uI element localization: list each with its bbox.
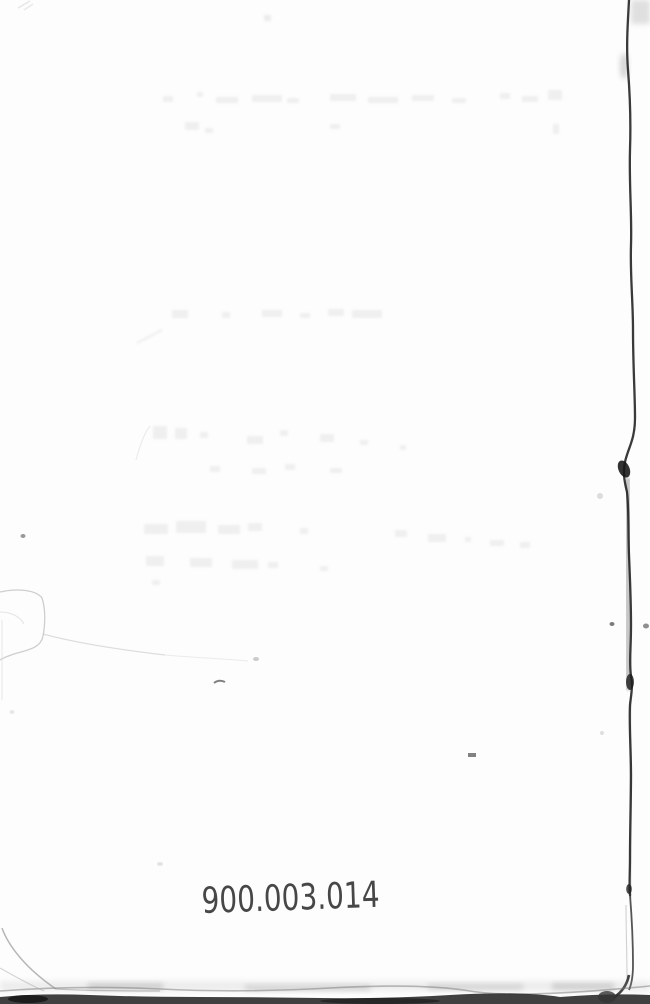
ink-speck <box>264 15 271 21</box>
ink-speck <box>468 753 476 757</box>
ink-speck <box>21 534 26 538</box>
bottom-edge-darkspot <box>320 998 440 1004</box>
paper-background <box>0 0 650 1004</box>
binding-knot <box>626 884 632 894</box>
binding-knot <box>626 674 634 690</box>
ink-speck <box>157 862 163 866</box>
ink-speck <box>643 624 649 629</box>
ink-speck <box>10 710 15 714</box>
scanned-page: 900.003.014 <box>0 0 650 1004</box>
scan-artifacts-canvas: 900.003.014 <box>0 0 650 1004</box>
ink-speck <box>597 493 603 499</box>
bottom-edge-darkspot <box>598 991 616 1003</box>
ink-speck <box>610 622 615 626</box>
bottom-edge-darkspot <box>8 995 48 1003</box>
inventory-number: 900.003.014 <box>201 875 380 922</box>
ink-speck <box>600 731 604 735</box>
binding-top-shade <box>631 0 650 24</box>
ink-speck <box>253 657 259 661</box>
bottom-smudge <box>552 983 614 990</box>
